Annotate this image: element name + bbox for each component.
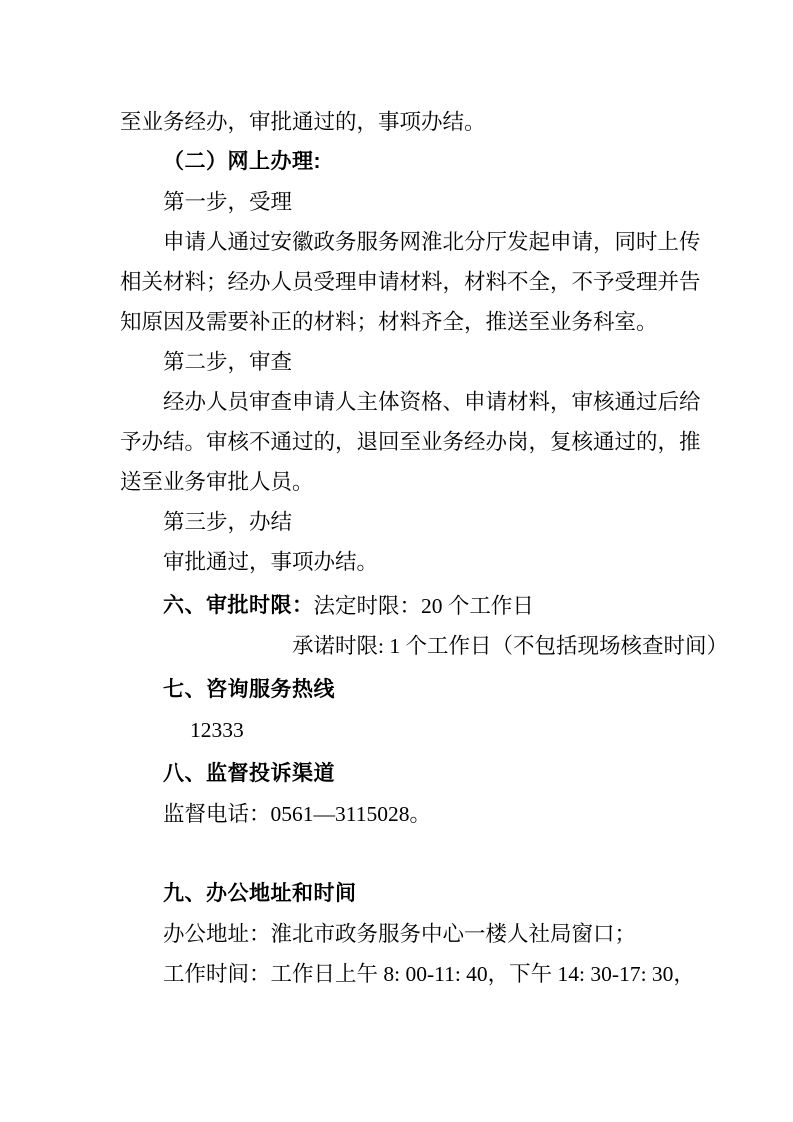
heading-supervision-complaint-channel: 八、监督投诉渠道: [120, 754, 710, 794]
heading-office-address-time: 九、办公地址和时间: [120, 874, 710, 914]
line-working-hours: 工作时间：工作日上午 8: 00-11: 40，下午 14: 30-17: 30…: [120, 954, 710, 994]
heading-consultation-hotline: 七、咨询服务热线: [120, 670, 710, 710]
line-step1-text-1: 申请人通过安徽政务服务网淮北分厅发起申请，同时上传: [120, 222, 710, 262]
line-hotline-number: 12333: [120, 710, 710, 750]
heading-online-processing: （二）网上办理:: [120, 142, 710, 182]
line-step3-text: 审批通过，事项办结。: [120, 542, 710, 582]
document-page: 至业务经办，审批通过的，事项办结。 （二）网上办理: 第一步，受理 申请人通过安…: [0, 0, 793, 1122]
approval-time-limit-label: 六、审批时限：: [163, 586, 314, 626]
line-step1-title: 第一步，受理: [120, 182, 710, 222]
line-step1-text-2: 相关材料；经办人员受理申请材料，材料不全，不予受理并告: [120, 262, 710, 302]
line-supervision-phone: 监督电话：0561—3115028。: [120, 794, 710, 834]
line-step2-text-3: 送至业务审批人员。: [120, 462, 710, 502]
line-step2-text-1: 经办人员审查申请人主体资格、申请材料，审核通过后给: [120, 382, 710, 422]
line-approval-completion: 至业务经办，审批通过的，事项办结。: [120, 102, 710, 142]
heading-approval-time-limit: 六、审批时限： 法定时限：20 个工作日: [120, 586, 710, 626]
document-content: 至业务经办，审批通过的，事项办结。 （二）网上办理: 第一步，受理 申请人通过安…: [120, 102, 710, 994]
line-step2-text-2: 予办结。审核不通过的，退回至业务经办岗，复核通过的，推: [120, 422, 710, 462]
line-office-address: 办公地址：淮北市政务服务中心一楼人社局窗口；: [120, 914, 710, 954]
line-step2-title: 第二步，审查: [120, 342, 710, 382]
line-promised-time-limit: 承诺时限: 1 个工作日（不包括现场核查时间）: [120, 626, 710, 666]
line-step3-title: 第三步，办结: [120, 502, 710, 542]
line-step1-text-3: 知原因及需要补正的材料；材料齐全，推送至业务科室。: [120, 302, 710, 342]
statutory-time-limit-value: 法定时限：20 个工作日: [314, 586, 534, 626]
